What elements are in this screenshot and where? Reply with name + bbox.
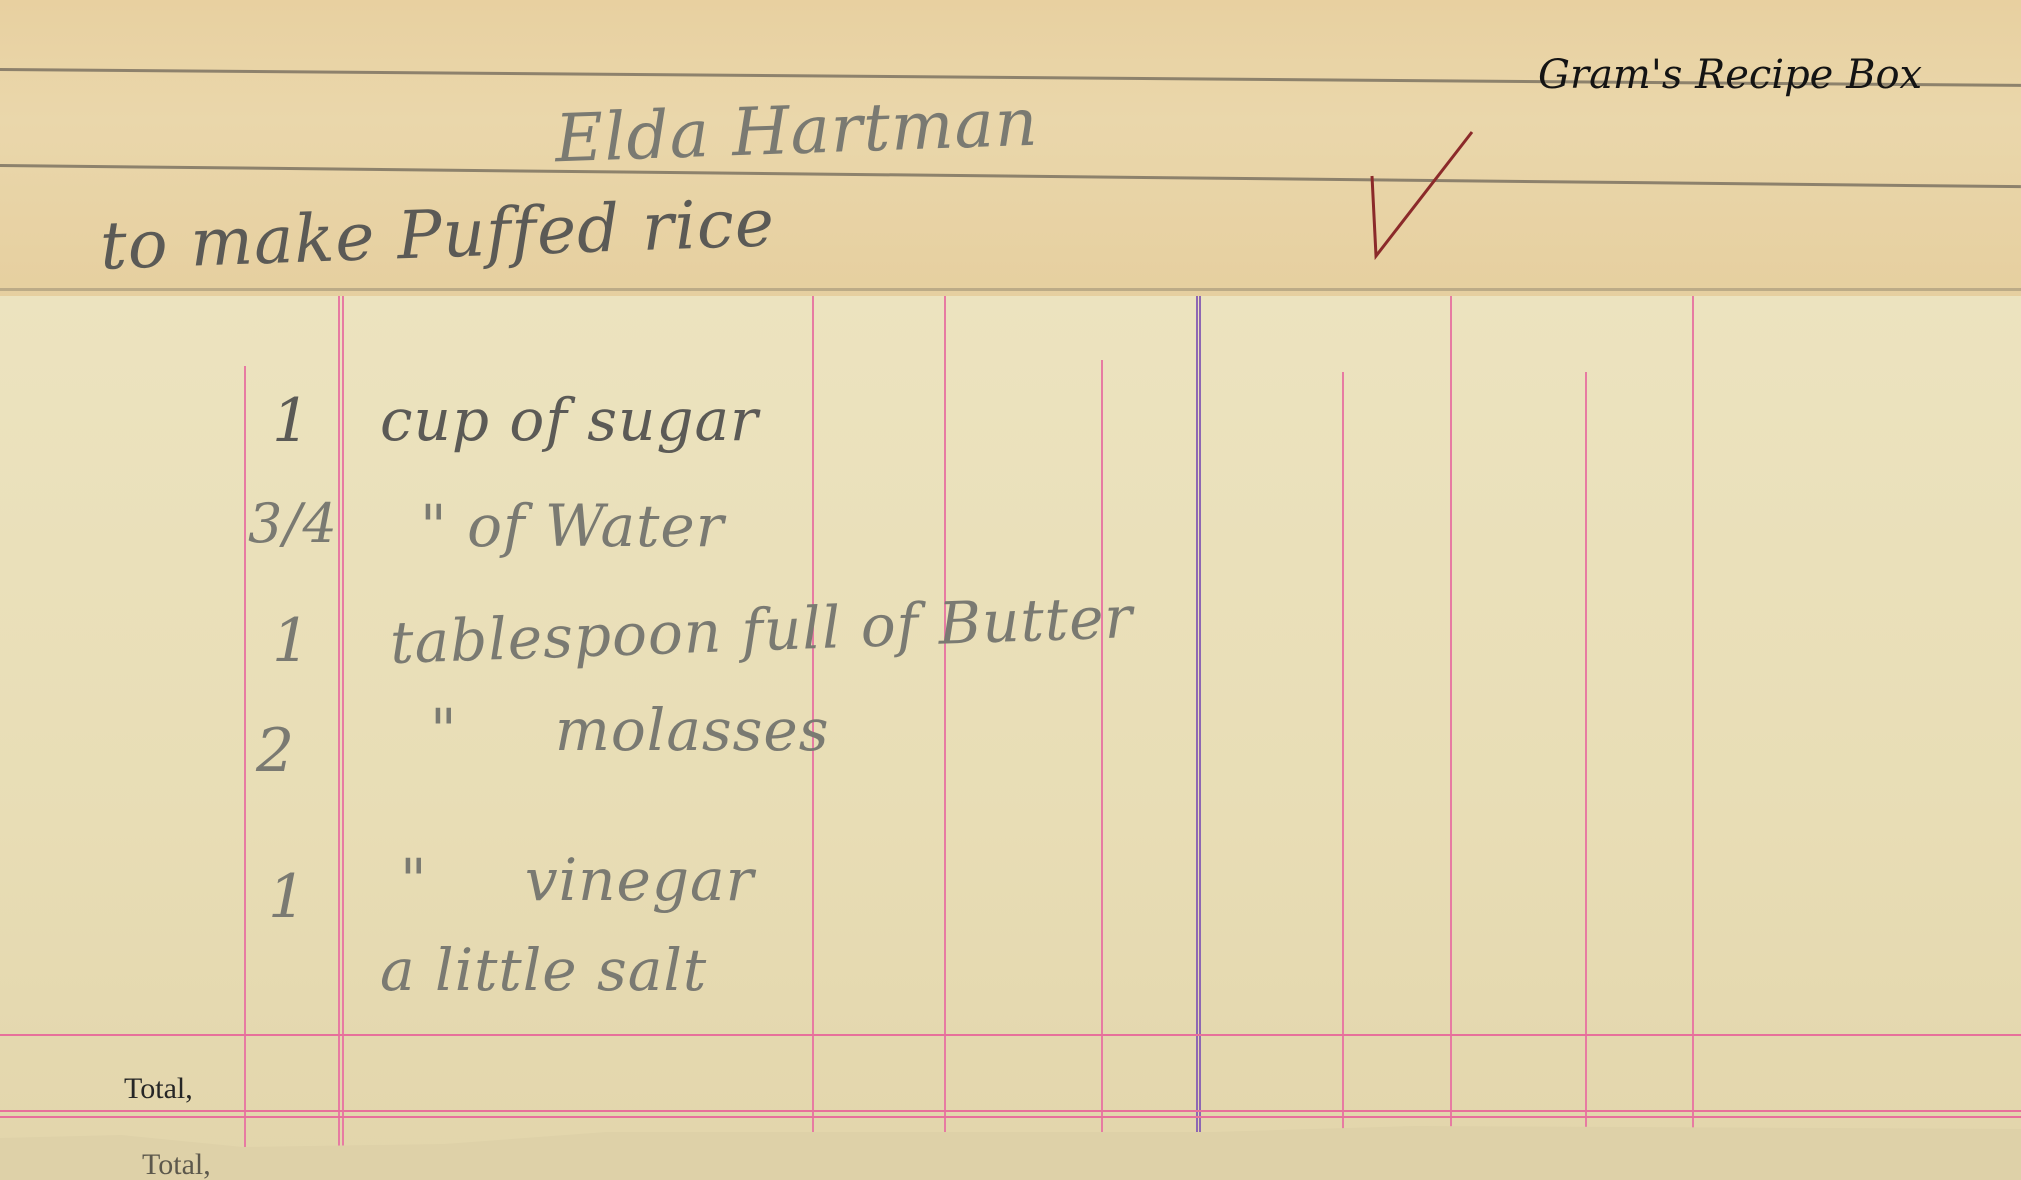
ingredient-item-4: " molasses (430, 696, 830, 764)
ingredient-qty-4: 2 (256, 716, 295, 786)
total-label-lower: Total, (142, 1148, 211, 1180)
recipe-card: Elda Hartman to make Puffed rice Gram's … (0, 0, 2021, 1180)
recipe-title: to make Puffed rice (99, 184, 776, 285)
ingredient-item-1: cup of sugar (380, 386, 759, 454)
brand-watermark: Gram's Recipe Box (1538, 52, 1922, 98)
ledger-total-rule (0, 1116, 2021, 1118)
header-rule-middle (0, 164, 2021, 188)
author-name: Elda Hartman (554, 84, 1040, 178)
ingredient-qty-2: 3/4 (248, 492, 338, 555)
ledger-column-line-purple (1196, 296, 1201, 1180)
ledger-column-line (338, 296, 344, 1180)
ledger-column-line (944, 296, 946, 1180)
ingredient-item-3: tablespoon full of Butter (389, 583, 1134, 677)
ledger-column-line (1101, 360, 1103, 1180)
torn-lower-card (0, 1120, 2021, 1180)
ingredient-qty-3: 1 (272, 606, 311, 676)
header-rule-bottom (0, 288, 2021, 291)
ingredient-qty-1: 1 (272, 386, 311, 456)
ledger-total-rule (0, 1034, 2021, 1036)
ingredient-item-2: " of Water (420, 492, 724, 560)
ledger-column-line (1342, 372, 1344, 1180)
total-label: Total, (124, 1072, 193, 1106)
ledger-column-line (1450, 296, 1452, 1180)
ingredient-item-5: " vinegar (400, 846, 754, 914)
ingredient-item-6: a little salt (380, 936, 707, 1004)
ledger-sheet: 1 cup of sugar 3/4 " of Water 1 tablespo… (0, 296, 2021, 1180)
ledger-column-line (1585, 372, 1587, 1180)
check-mark-icon (1368, 130, 1478, 260)
ledger-column-line (1692, 296, 1694, 1180)
ledger-total-rule (0, 1110, 2021, 1112)
card-header: Elda Hartman to make Puffed rice Gram's … (0, 0, 2021, 300)
ingredient-qty-5: 1 (268, 862, 307, 932)
ledger-column-line (244, 366, 246, 1180)
